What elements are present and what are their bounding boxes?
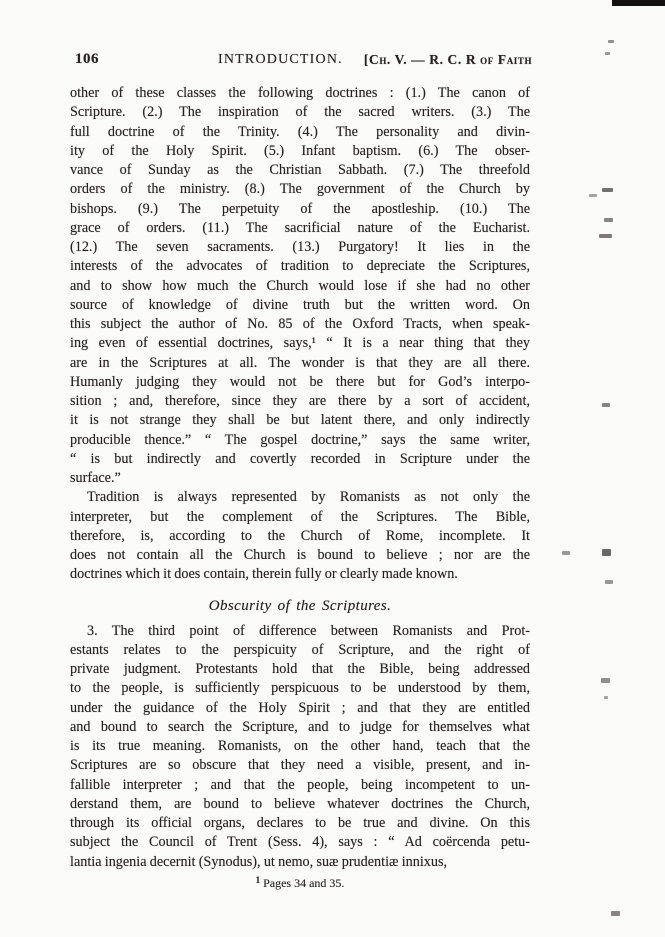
text-line: ing even of essential doctrines, says,¹ … <box>70 334 530 353</box>
text-line: bishops. (9.) The perpetuity of the apos… <box>70 200 530 219</box>
text-line: to the people, is sufficiently perspicuo… <box>70 679 530 698</box>
chapter-reference: [Ch. V. — R. C. R of Faith <box>364 52 532 68</box>
text-line: surface.” <box>70 469 530 488</box>
text-line: orders of the ministry. (8.) The governm… <box>70 180 530 199</box>
text-line: ity of the Holy Spirit. (5.) Infant bapt… <box>70 142 530 161</box>
text-line: grace of orders. (11.) The sacrificial n… <box>70 219 530 238</box>
scan-speckle <box>605 52 610 55</box>
text-line: estants relates to the perspicuity of Sc… <box>70 641 530 660</box>
scan-speckle <box>604 218 613 222</box>
text-line: Scripture. (2.) The inspiration of the s… <box>70 103 530 122</box>
text-line: and to show how much the Church would lo… <box>70 277 530 296</box>
scan-speckle <box>604 696 608 699</box>
text-line: fallible interpreter ; and that the peop… <box>70 776 530 795</box>
scan-speckle <box>599 234 612 238</box>
scan-speckle <box>562 551 570 555</box>
text-line: sition ; and, therefore, since they are … <box>70 392 530 411</box>
scan-speckle <box>611 911 620 916</box>
text-line: does not contain all the Church is bound… <box>70 546 530 565</box>
text-line: other of these classes the following doc… <box>70 84 530 103</box>
text-line: derstand them, are bound to believe what… <box>70 795 530 814</box>
text-line: interpreter, but the complement of the S… <box>70 508 530 527</box>
text-line: producible thence.” “ The gospel doctrin… <box>70 431 530 450</box>
text-line: is its true meaning. Romanists, on the o… <box>70 737 530 756</box>
text-line: interests of the advocates of tradition … <box>70 257 530 276</box>
text-line: Tradition is always represented by Roman… <box>70 488 530 507</box>
text-line: under the guidance of the Holy Spirit ; … <box>70 699 530 718</box>
running-title: INTRODUCTION. <box>218 52 343 68</box>
scan-speckle <box>602 188 613 192</box>
text-line: and bound to search the Scripture, and t… <box>70 718 530 737</box>
book-page: 106 INTRODUCTION. [Ch. V. — R. C. R of F… <box>0 0 665 937</box>
scan-speckle <box>589 194 597 197</box>
text-line: subject the Council of Trent (Sess. 4), … <box>70 833 530 852</box>
running-title-group: INTRODUCTION. [Ch. V. — R. C. R of Faith <box>218 52 532 68</box>
text-line: (12.) The seven sacraments. (13.) Purgat… <box>70 238 530 257</box>
text-line: therefore, is, according to the Church o… <box>70 527 530 546</box>
scan-speckle <box>605 580 613 584</box>
text-line: Humanly judging they would not be there … <box>70 373 530 392</box>
text-line: Scriptures are so obscure that they need… <box>70 756 530 775</box>
scan-speckle <box>608 40 614 43</box>
paragraph-2: Tradition is always represented by Roman… <box>70 488 530 584</box>
text-line: full doctrine of the Trinity. (4.) The p… <box>70 123 530 142</box>
scan-corner-bar <box>612 0 665 6</box>
section-heading: Obscurity of the Scriptures. <box>70 597 530 616</box>
text-line: through its official organs, declares to… <box>70 814 530 833</box>
running-header: 106 INTRODUCTION. [Ch. V. — R. C. R of F… <box>0 51 665 73</box>
text-line: “ is but indirectly and covertly recorde… <box>70 450 530 469</box>
text-line: doctrines which it does contain, therein… <box>70 565 530 584</box>
text-line: source of knowledge of divine truth but … <box>70 296 530 315</box>
text-line: are in the Scriptures at all. The wonder… <box>70 354 530 373</box>
scan-speckle <box>602 403 610 407</box>
scan-speckle <box>602 549 611 556</box>
text-line: 3. The third point of difference between… <box>70 622 530 641</box>
footnote: 1Pages 34 and 35. <box>70 873 530 891</box>
text-block: other of these classes the following doc… <box>70 84 530 891</box>
scan-speckle <box>601 678 610 683</box>
footnote-text: Pages 34 and 35. <box>263 876 344 890</box>
text-line: private judgment. Protestants hold that … <box>70 660 530 679</box>
footnote-marker: 1 <box>256 875 261 885</box>
text-line: this subject the author of No. 85 of the… <box>70 315 530 334</box>
text-line: it is not strange they shall be but late… <box>70 411 530 430</box>
text-line: vance of Sunday as the Christian Sabbath… <box>70 161 530 180</box>
paragraph-1: other of these classes the following doc… <box>70 84 530 488</box>
text-line: lantia ingenia decernit (Synodus), ut ne… <box>70 853 530 872</box>
paragraph-3: 3. The third point of difference between… <box>70 622 530 872</box>
page-number: 106 <box>75 51 99 68</box>
